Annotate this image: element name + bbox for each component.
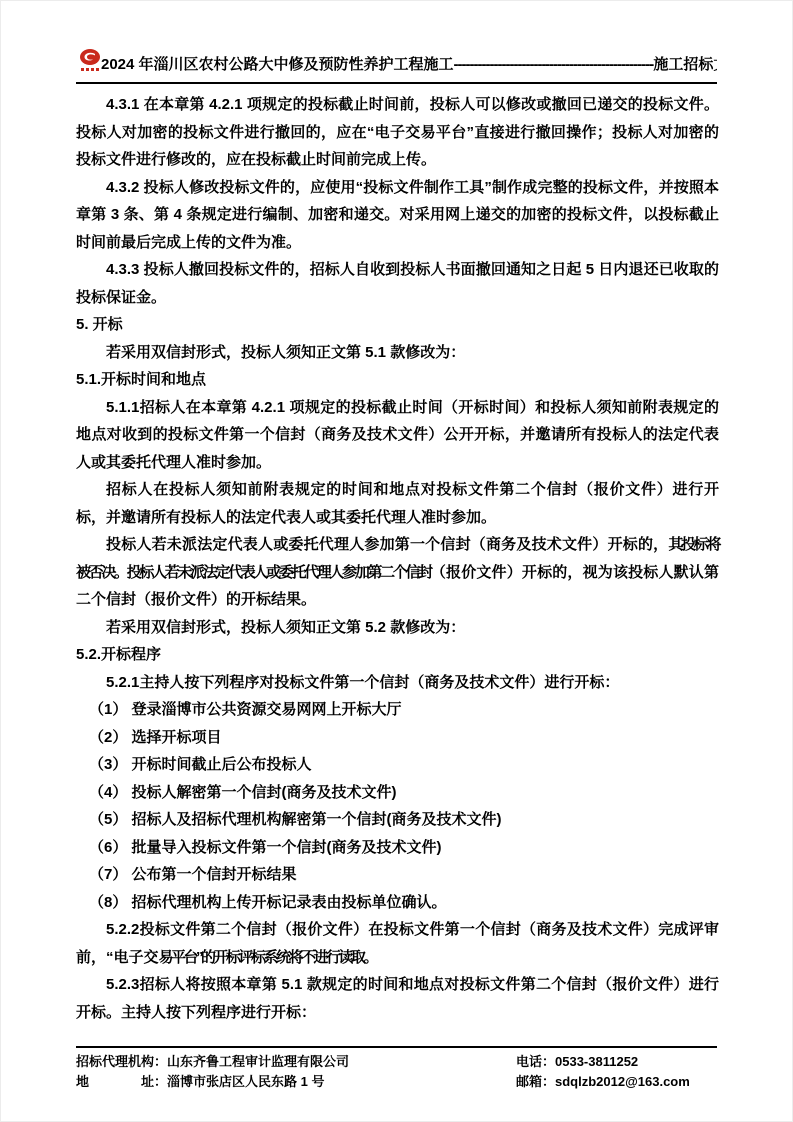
para-5-intro: 若采用双信封形式，投标人须知正文第 5.1 款修改为： — [76, 339, 719, 367]
footer-phone-value: 0533-3811252 — [555, 1054, 638, 1069]
open-step-4: （4） 投标人解密第一个信封(商务及技术文件) — [76, 779, 719, 807]
footer-phone: 电话：0533-3811252 — [516, 1052, 638, 1072]
footer-row-2: 地 址：淄博市张店区人民东路 1 号 邮箱：sdqlzb2012@163.com — [76, 1072, 717, 1092]
heading-5-2-procedure: 5.2.开标程序 — [76, 641, 719, 669]
footer-email-value: sdqlzb2012@163.com — [555, 1074, 690, 1089]
open-step-1: （1） 登录淄博市公共资源交易网网上开标大厅 — [76, 696, 719, 724]
heading-5-1-time-place: 5.1.开标时间和地点 — [76, 366, 719, 394]
para-5-2-intro: 若采用双信封形式，投标人须知正文第 5.2 款修改为： — [76, 614, 719, 642]
page-footer: 招标代理机构：山东齐鲁工程审计监理有限公司 电话：0533-3811252 地 … — [76, 1046, 717, 1091]
open-step-2: （2） 选择开标项目 — [76, 724, 719, 752]
para-5-1-1: 5.1.1招标人在本章第 4.2.1 项规定的投标截止时间（开标时间）和投标人须… — [76, 394, 719, 477]
header-dash-leader: ----------------------------------------… — [454, 56, 654, 73]
para-5-2-2-seg2-condensed: 易平台”的开标评标系统将不进行读取。 — [159, 949, 377, 966]
open-step-5: （5） 招标人及招标代理机构解密第一个信封(商务及技术文件) — [76, 806, 719, 834]
heading-5-bid-opening: 5. 开标 — [76, 311, 719, 339]
footer-agency-label: 招标代理机构： — [76, 1054, 167, 1069]
footer-agency-value: 山东齐鲁工程审计监理有限公司 — [167, 1054, 349, 1069]
footer-row-1: 招标代理机构：山东齐鲁工程审计监理有限公司 电话：0533-3811252 — [76, 1052, 717, 1072]
document-body: 4.3.1 在本章第 4.2.1 项规定的投标截止时间前，投标人可以修改或撤回已… — [76, 91, 719, 1026]
footer-address-value: 淄博市张店区人民东路 1 号 — [167, 1074, 324, 1089]
para-5-2-3: 5.2.3招标人将按照本章第 5.1 款规定的时间和地点对投标文件第二个信封（报… — [76, 971, 719, 1026]
footer-phone-label: 电话： — [516, 1054, 555, 1069]
para-4-3-3: 4.3.3 投标人撤回投标文件的，招标人自收到投标人书面撤回通知之日起 5 日内… — [76, 256, 719, 311]
open-step-8: （8） 招标代理机构上传开标记录表由投标单位确认。 — [76, 889, 719, 917]
footer-address: 地 址：淄博市张店区人民东路 1 号 — [76, 1072, 516, 1092]
para-5-2-2: 5.2.2投标文件第二个信封（报价文件）在投标文件第一个信封（商务及技术文件）完… — [76, 916, 719, 971]
open-step-7: （7） 公布第一个信封开标结果 — [76, 861, 719, 889]
open-step-3: （3） 开标时间截止后公布投标人 — [76, 751, 719, 779]
header-line: 2024 年淄川区农村公路大中修及预防性养护工程施工--------------… — [76, 53, 717, 74]
para-5-1-absent-representative: 投标人若未派法定代表人或委托代理人参加第一个信封（商务及技术文件）开标的，其投标… — [76, 531, 719, 614]
para-4-3-2: 4.3.2 投标人修改投标文件的，应使用“投标文件制作工具”制作成完整的投标文件… — [76, 174, 719, 257]
para-5-2-1: 5.2.1主持人按下列程序对投标文件第一个信封（商务及技术文件）进行开标： — [76, 669, 719, 697]
document-page: 2024 年淄川区农村公路大中修及预防性养护工程施工--------------… — [0, 0, 793, 1122]
page-header: 2024 年淄川区农村公路大中修及预防性养护工程施工--------------… — [76, 49, 717, 84]
header-doc-type: 施工招标文件 — [653, 56, 717, 74]
header-project-title: 2024 年淄川区农村公路大中修及预防性养护工程施工 — [76, 56, 454, 73]
footer-email-label: 邮箱： — [516, 1074, 555, 1089]
footer-address-label: 地 址： — [76, 1074, 167, 1089]
open-procedure-list: （1） 登录淄博市公共资源交易网网上开标大厅 （2） 选择开标项目 （3） 开标… — [76, 696, 719, 916]
footer-email: 邮箱：sdqlzb2012@163.com — [516, 1072, 690, 1092]
para-4-3-1: 4.3.1 在本章第 4.2.1 项规定的投标截止时间前，投标人可以修改或撤回已… — [76, 91, 719, 174]
footer-agency: 招标代理机构：山东齐鲁工程审计监理有限公司 — [76, 1052, 516, 1072]
open-step-6: （6） 批量导入投标文件第一个信封(商务及技术文件) — [76, 834, 719, 862]
para-5-1-absent-seg1: 投标人若未派法定代表人或委托代理人参加第一个信封（商务及技术文件）开标的， — [106, 536, 668, 553]
para-5-1-second-envelope: 招标人在投标人须知前附表规定的时间和地点对投标文件第二个信封（报价文件）进行开标… — [76, 476, 719, 531]
